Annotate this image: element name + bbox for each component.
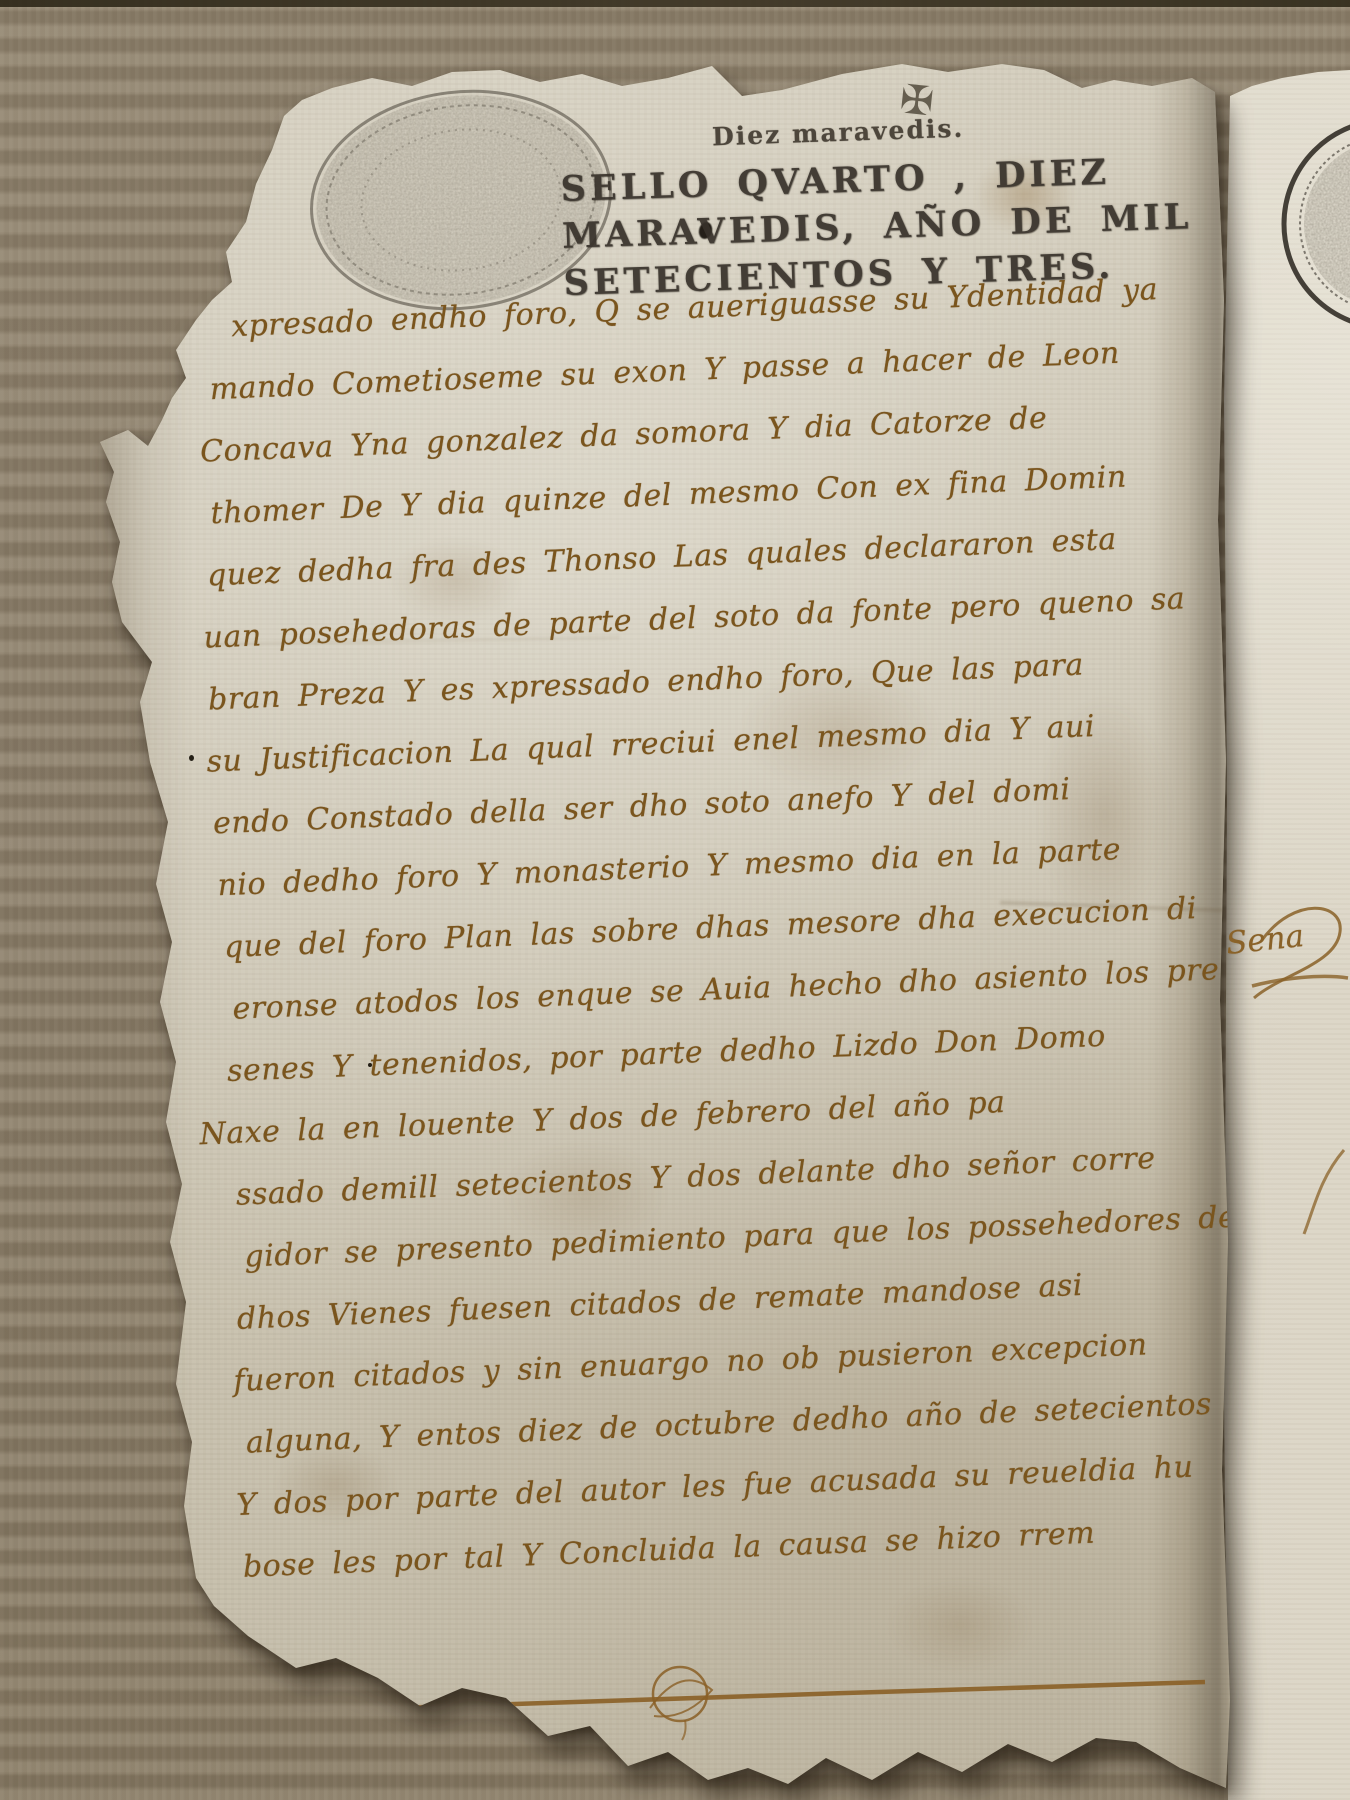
ink-cross-icon: ✠ [898,76,936,125]
torn-edge-shading [95,280,190,1610]
photograph-of-manuscript: SPANIAR·REX Sena [0,0,1350,1800]
right-sheet-flourish [1252,878,1350,1018]
closing-rule-flourish [180,1650,1240,1750]
manuscript-text: xpresado endho foro, Q se aueriguasse su… [188,263,1120,1599]
main-sheet: Diez maravedis. ✠ SELLO QVARTO , DIEZ MA… [0,0,1350,1800]
right-sheet-flourish-lower [1300,1148,1350,1238]
ink-speck [189,755,194,761]
main-sheet-paper: Diez maravedis. ✠ SELLO QVARTO , DIEZ MA… [0,0,1350,1800]
